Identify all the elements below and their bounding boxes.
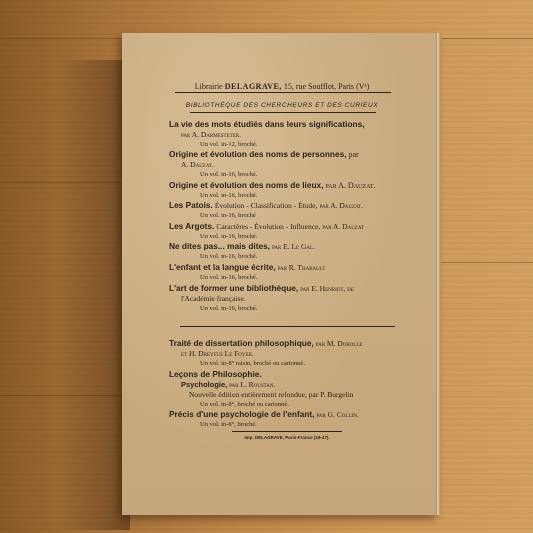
list-item: Précis d'une psychologie de l'enfant, pa… bbox=[169, 409, 401, 429]
book-shadow bbox=[60, 60, 130, 530]
series-title: BIBLIOTHÈQUE DES CHERCHEURS ET DES CURIE… bbox=[172, 102, 392, 109]
printer-imprint: Imp. DELAGRAVE, Paris-France (18-47). bbox=[232, 435, 342, 440]
publisher-prefix: Librairie bbox=[195, 82, 223, 91]
list-item: La vie des mots étudiés dans leurs signi… bbox=[169, 119, 401, 149]
list-item: Traité de dissertation philosophique, pa… bbox=[169, 338, 401, 368]
list-item: Origine et évolution des noms de personn… bbox=[169, 149, 401, 179]
section-divider bbox=[180, 326, 395, 327]
list-item: Ne dites pas... mais dites, par E. Le Ga… bbox=[169, 241, 401, 261]
list-item: Leçons de Philosophie. Psychologie, par … bbox=[169, 369, 401, 409]
list-item: Les Patois. Évolution - Classification -… bbox=[169, 200, 401, 220]
publisher-address: 15, rue Soufflot, Paris (Vᵉ) bbox=[284, 82, 369, 91]
booklet-back-cover: Librairie DELAGRAVE, 15, rue Soufflot, P… bbox=[122, 33, 439, 515]
series-underline bbox=[190, 112, 376, 113]
list-item: Les Argots. Caractères - Évolution - Inf… bbox=[169, 221, 401, 241]
list-item: L'enfant et la langue écrite, par R. Tha… bbox=[169, 262, 401, 282]
wood-seam bbox=[437, 262, 533, 263]
publisher-name: DELAGRAVE, bbox=[225, 82, 282, 91]
list-item: L'art de former une bibliothèque, par E.… bbox=[169, 283, 401, 313]
book-page-edge bbox=[437, 33, 441, 515]
publisher-header: Librairie DELAGRAVE, 15, rue Soufflot, P… bbox=[172, 82, 392, 91]
header-rule bbox=[175, 92, 391, 93]
list-item: Origine et évolution des noms de lieux, … bbox=[169, 180, 401, 200]
footer-rule bbox=[232, 431, 342, 432]
